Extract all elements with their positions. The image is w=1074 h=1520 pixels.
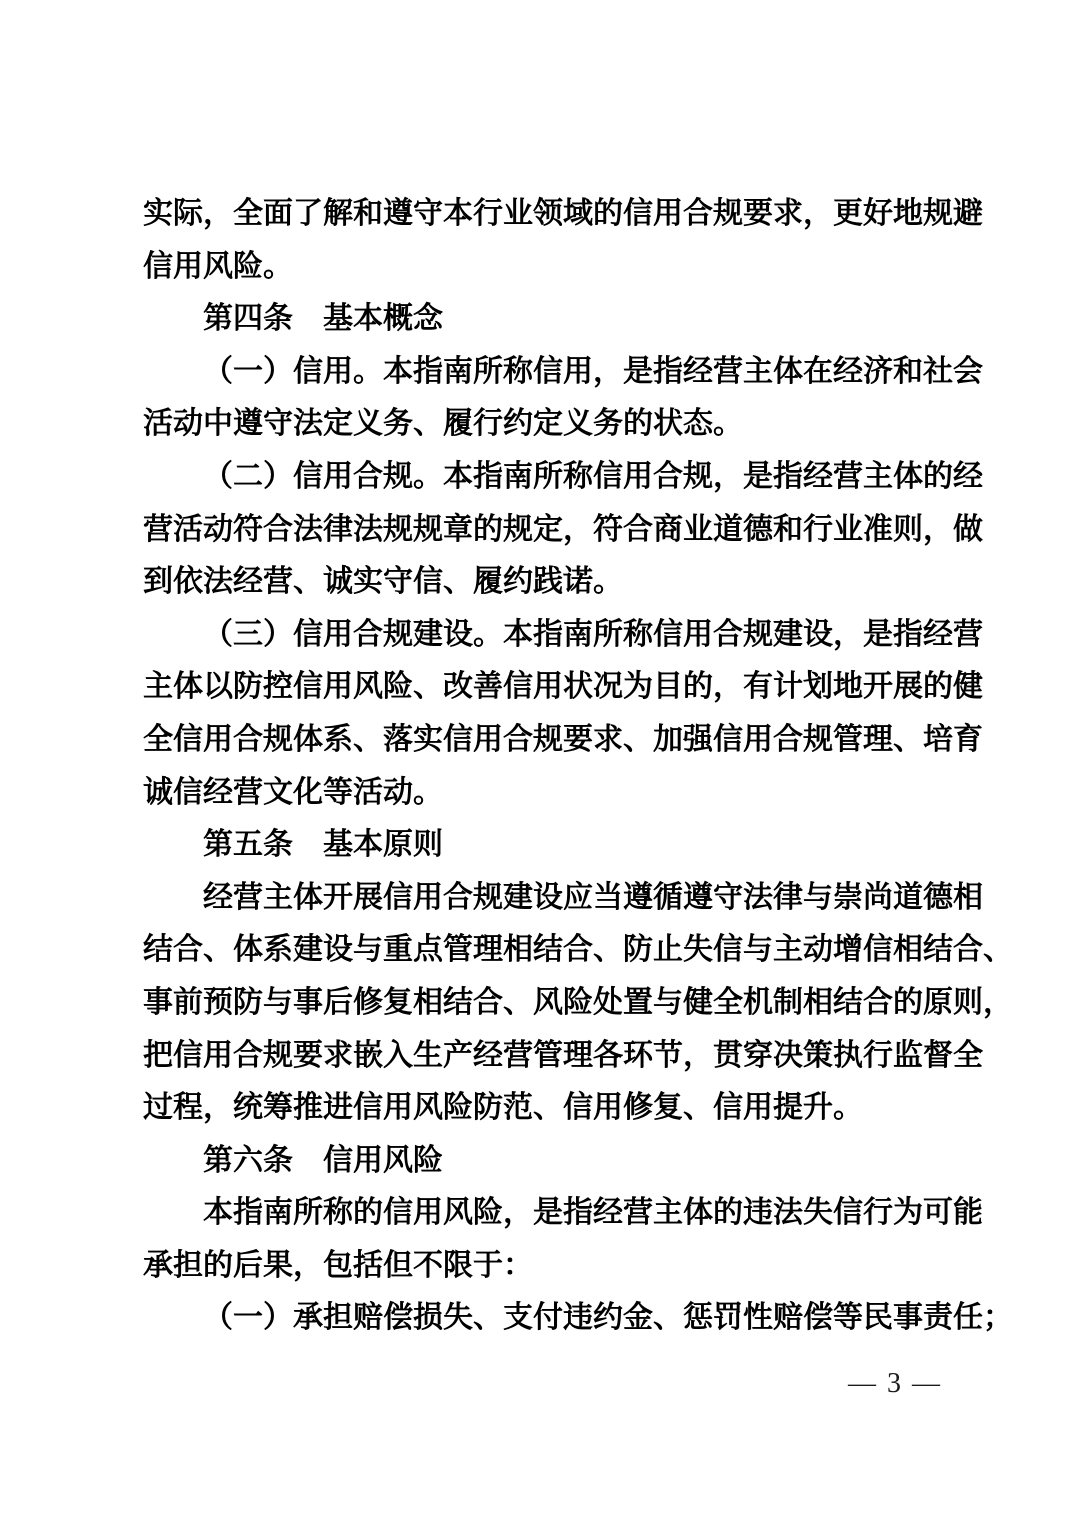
text-line: 事前预防与事后修复相结合、风险处置与健全机制相结合的原则， [143,977,955,1030]
page-number: — 3 — [848,1368,942,1400]
text-line: 把信用合规要求嵌入生产经营管理各环节，贯穿决策执行监督全 [143,1030,955,1083]
text-line: （一）承担赔偿损失、支付违约金、惩罚性赔偿等民事责任； [143,1292,955,1345]
document-page: 实际，全面了解和遵守本行业领域的信用合规要求，更好地规避信用风险。第四条 基本概… [0,0,1074,1520]
text-line: 本指南所称的信用风险，是指经营主体的违法失信行为可能 [143,1187,955,1240]
text-line: 第六条 信用风险 [143,1135,955,1188]
text-line: 主体以防控信用风险、改善信用状况为目的，有计划地开展的健 [143,661,955,714]
text-line: 到依法经营、诚实守信、履约践诺。 [143,556,955,609]
text-line: 过程，统筹推进信用风险防范、信用修复、信用提升。 [143,1082,955,1135]
text-line: 结合、体系建设与重点管理相结合、防止失信与主动增信相结合、 [143,924,955,977]
text-line: 实际，全面了解和遵守本行业领域的信用合规要求，更好地规避 [143,188,955,241]
text-line: 信用风险。 [143,241,955,294]
text-line: 第五条 基本原则 [143,819,955,872]
text-line: 营活动符合法律法规规章的规定，符合商业道德和行业准则，做 [143,504,955,557]
text-line: 承担的后果，包括但不限于： [143,1240,955,1293]
text-line: 全信用合规体系、落实信用合规要求、加强信用合规管理、培育 [143,714,955,767]
text-line: 经营主体开展信用合规建设应当遵循遵守法律与崇尚道德相 [143,872,955,925]
text-line: 活动中遵守法定义务、履行约定义务的状态。 [143,398,955,451]
text-line: 诚信经营文化等活动。 [143,767,955,820]
text-line: （三）信用合规建设。本指南所称信用合规建设，是指经营 [143,609,955,662]
text-line: 第四条 基本概念 [143,293,955,346]
text-line: （一）信用。本指南所称信用，是指经营主体在经济和社会 [143,346,955,399]
text-block: 实际，全面了解和遵守本行业领域的信用合规要求，更好地规避信用风险。第四条 基本概… [143,188,955,1345]
text-line: （二）信用合规。本指南所称信用合规，是指经营主体的经 [143,451,955,504]
